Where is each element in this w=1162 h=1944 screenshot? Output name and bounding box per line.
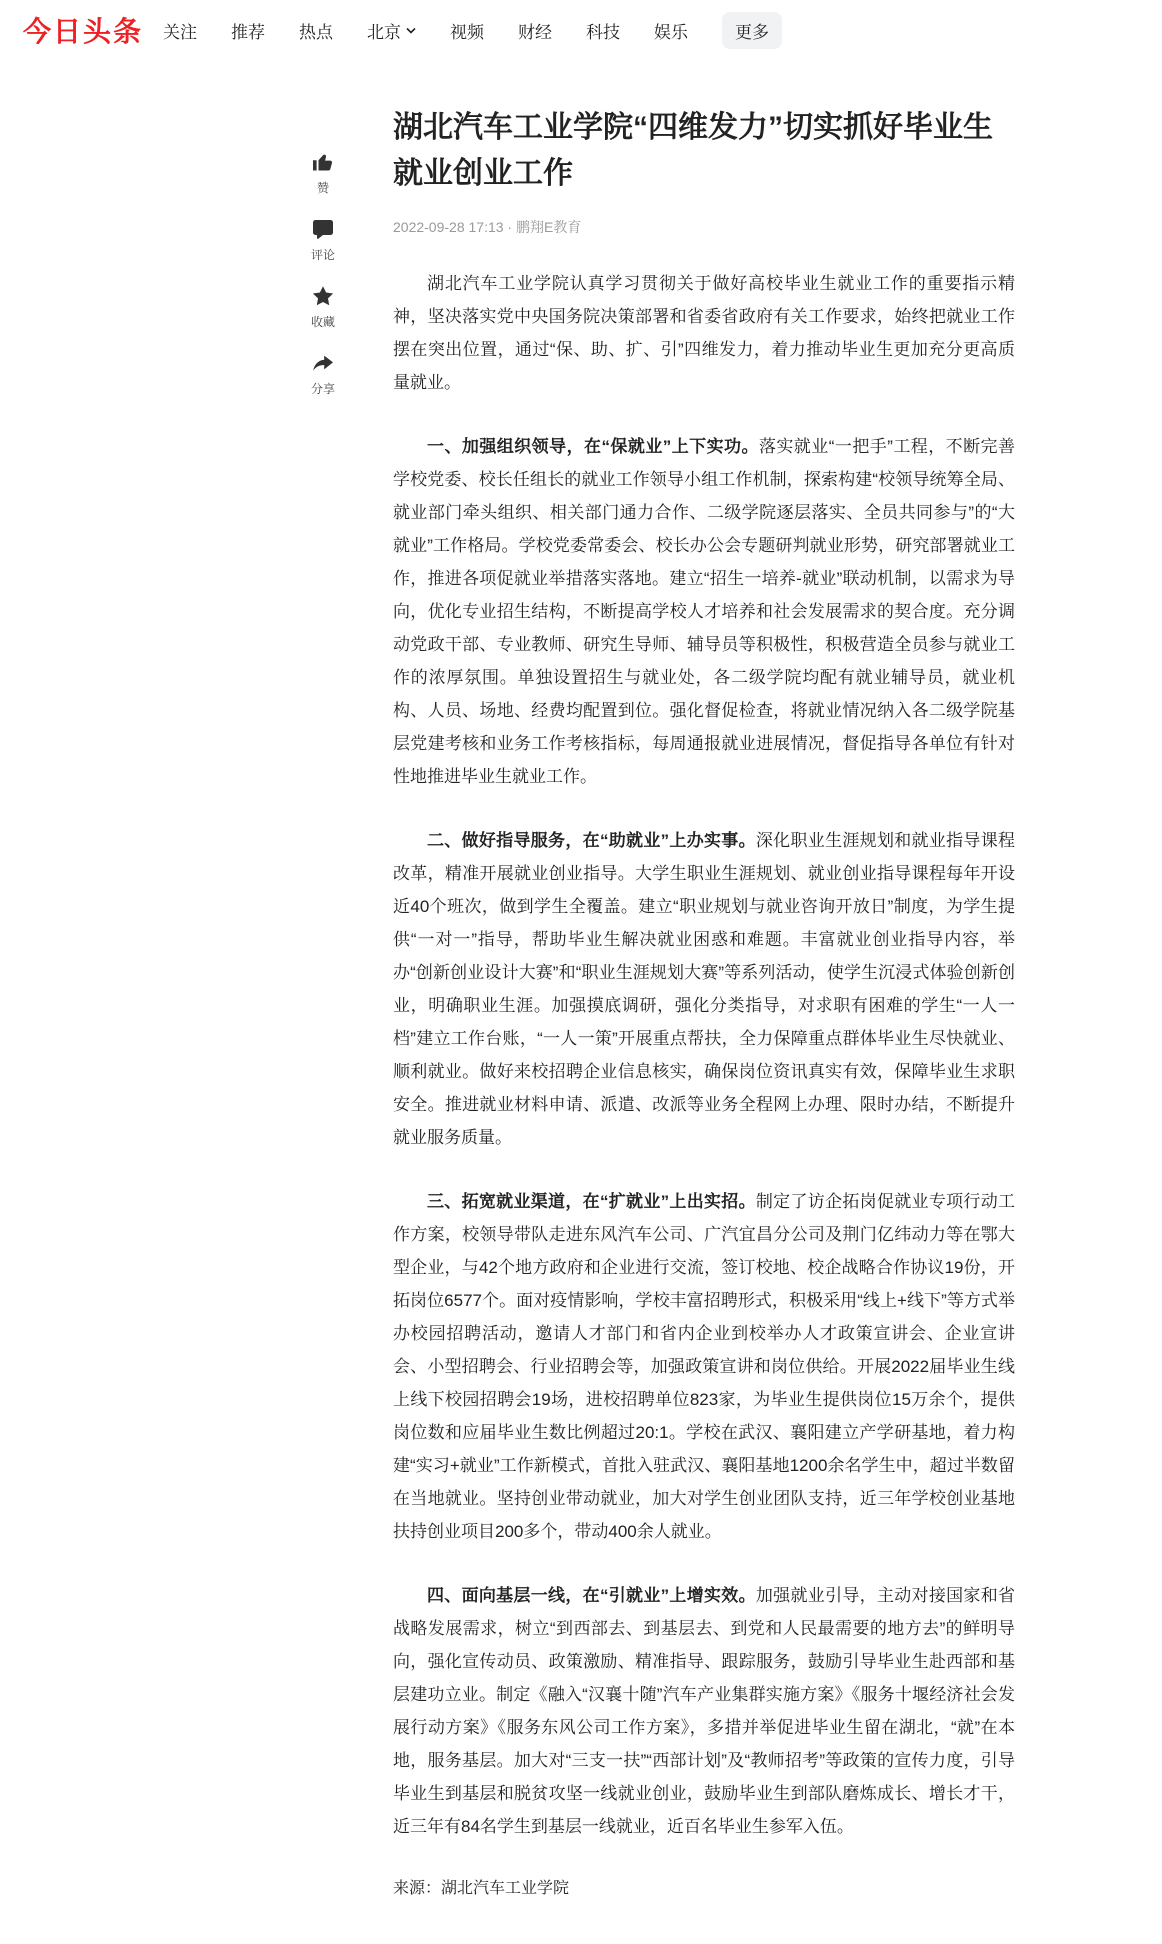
nav-entertainment[interactable]: 娱乐 <box>654 12 688 49</box>
share-button[interactable]: 分享 <box>311 351 335 397</box>
nav-city-beijing[interactable]: 北京 <box>367 12 416 49</box>
nav-city-label: 北京 <box>367 18 401 43</box>
favorite-button[interactable]: 收藏 <box>311 284 335 330</box>
star-icon <box>311 284 335 308</box>
paragraph-lead: 三、拓宽就业渠道，在“扩就业”上出实招。 <box>427 1192 756 1211</box>
share-icon <box>311 351 335 375</box>
paragraph-text: 制定了访企拓岗促就业专项行动工作方案，校领导带队走进东风汽车公司、广汽宜昌分公司… <box>393 1192 1015 1541</box>
paragraph-text: 加强就业引导，主动对接国家和省战略发展需求，树立“到西部去、到基层去、到党和人民… <box>393 1586 1015 1836</box>
comment-icon <box>311 217 335 241</box>
share-label: 分享 <box>311 380 335 397</box>
chevron-down-icon <box>406 27 416 34</box>
article-meta: 2022-09-28 17:13 · 鹏翔E教育 <box>393 217 1015 237</box>
article-action-bar: 赞 评论 收藏 分享 <box>300 150 346 397</box>
paragraph-lead: 四、面向基层一线，在“引就业”上增实效。 <box>427 1586 756 1605</box>
comment-label: 评论 <box>311 246 335 263</box>
nav-video[interactable]: 视频 <box>450 12 484 49</box>
paragraph-section-2: 二、做好指导服务，在“助就业”上办实事。深化职业生涯规划和就业指导课程改革，精准… <box>393 824 1015 1154</box>
nav-follow[interactable]: 关注 <box>163 12 197 49</box>
nav-more[interactable]: 更多 <box>722 12 782 49</box>
nav-recommend[interactable]: 推荐 <box>231 12 265 49</box>
article-source: 来源：湖北汽车工业学院 <box>393 1874 1015 1904</box>
paragraph-text: 湖北汽车工业学院认真学习贯彻关于做好高校毕业生就业工作的重要指示精神，坚决落实党… <box>393 274 1015 392</box>
nav-tech[interactable]: 科技 <box>586 12 620 49</box>
paragraph-lead: 一、加强组织领导，在“保就业”上下实功。 <box>427 437 759 456</box>
nav-hot[interactable]: 热点 <box>299 12 333 49</box>
thumbs-up-icon <box>311 150 335 174</box>
article-title: 湖北汽车工业学院“四维发力”切实抓好毕业生就业创业工作 <box>393 105 1015 197</box>
nav-finance[interactable]: 财经 <box>518 12 552 49</box>
paragraph-text: 落实就业“一把手”工程，不断完善学校党委、校长任组长的就业工作领导小组工作机制，… <box>393 437 1015 786</box>
like-label: 赞 <box>317 179 329 196</box>
paragraph-text: 深化职业生涯规划和就业指导课程改革，精准开展就业创业指导。大学生职业生涯规划、就… <box>393 831 1015 1147</box>
paragraph-lead: 二、做好指导服务，在“助就业”上办实事。 <box>427 831 756 850</box>
paragraph-intro: 湖北汽车工业学院认真学习贯彻关于做好高校毕业生就业工作的重要指示精神，坚决落实党… <box>393 267 1015 399</box>
main-nav: 关注 推荐 热点 北京 视频 财经 科技 娱乐 更多 <box>163 12 782 49</box>
paragraph-section-1: 一、加强组织领导，在“保就业”上下实功。落实就业“一把手”工程，不断完善学校党委… <box>393 430 1015 793</box>
article: 湖北汽车工业学院“四维发力”切实抓好毕业生就业创业工作 2022-09-28 1… <box>393 60 1015 1944</box>
comment-button[interactable]: 评论 <box>311 217 335 263</box>
like-button[interactable]: 赞 <box>311 150 335 196</box>
page: 今日头条 关注 推荐 热点 北京 视频 财经 科技 娱乐 更多 赞 <box>0 0 1162 1944</box>
paragraph-section-3: 三、拓宽就业渠道，在“扩就业”上出实招。制定了访企拓岗促就业专项行动工作方案，校… <box>393 1185 1015 1548</box>
top-navbar: 今日头条 关注 推荐 热点 北京 视频 财经 科技 娱乐 更多 <box>0 0 1162 60</box>
toutiao-logo[interactable]: 今日头条 <box>23 10 143 50</box>
paragraph-section-4: 四、面向基层一线，在“引就业”上增实效。加强就业引导，主动对接国家和省战略发展需… <box>393 1579 1015 1843</box>
favorite-label: 收藏 <box>311 313 335 330</box>
